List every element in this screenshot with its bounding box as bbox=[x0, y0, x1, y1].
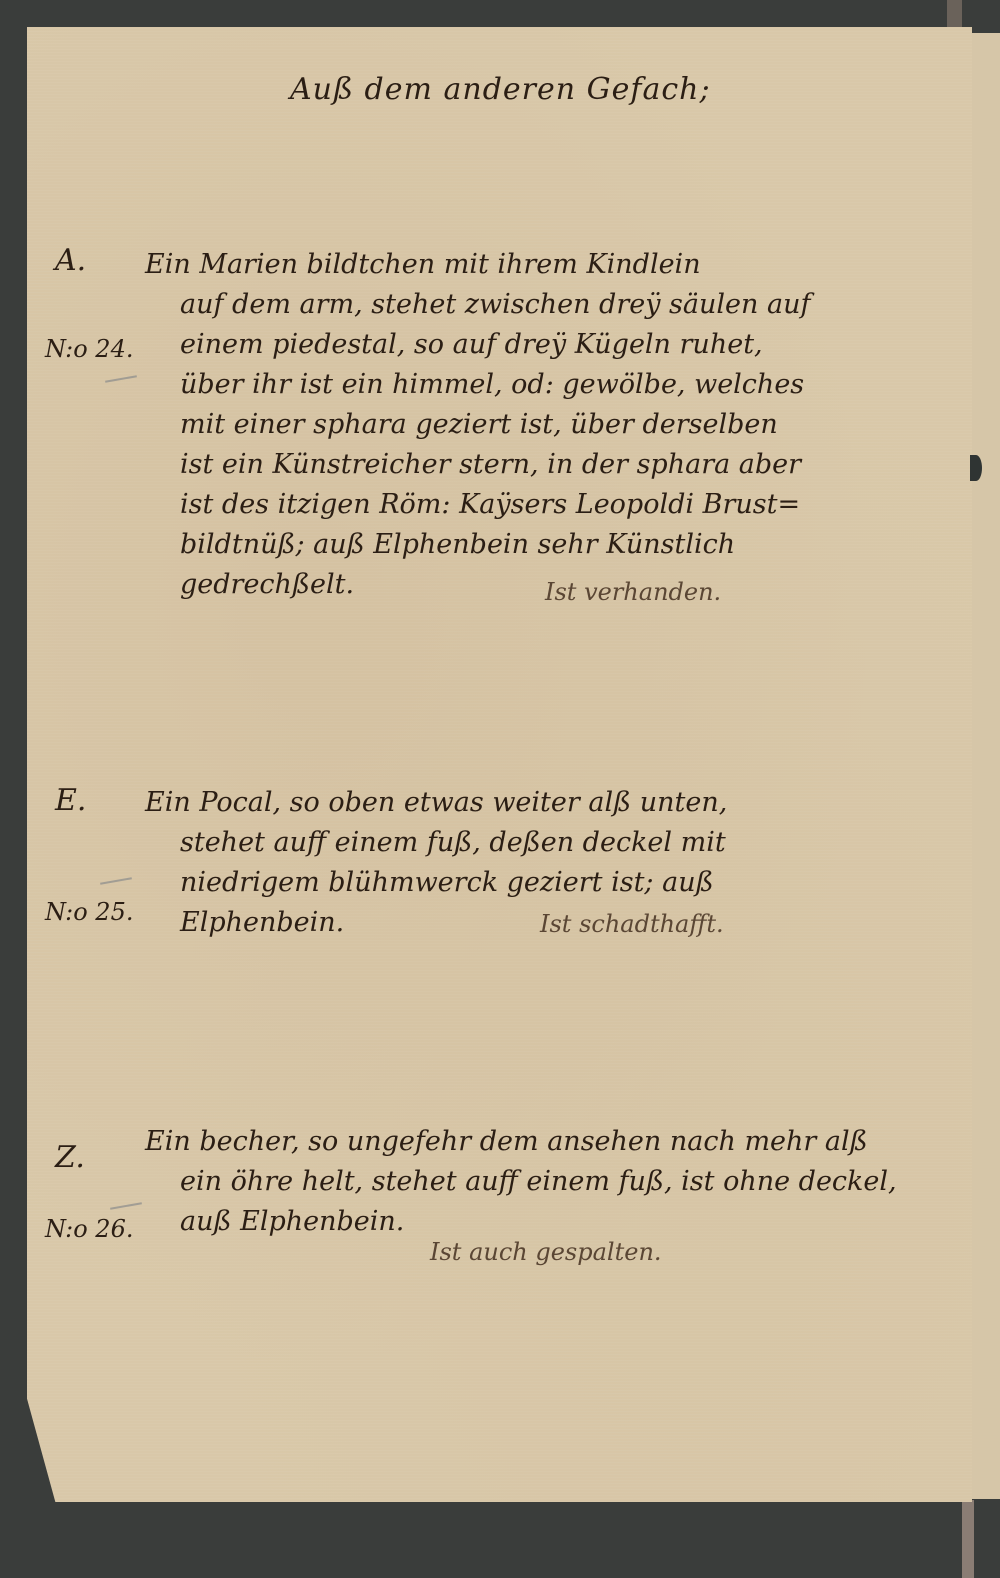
entry-description: Ein becher, so ungefehr dem ansehen nach… bbox=[145, 1122, 965, 1242]
status-remark: Ist verhanden. bbox=[545, 578, 721, 606]
page-heading: Auß dem anderen Gefach; bbox=[290, 72, 711, 107]
description-line: auf dem arm, stehet zwischen dreÿ säulen… bbox=[145, 285, 965, 325]
description-line: ist ein Künstreicher stern, in der sphar… bbox=[145, 445, 965, 485]
description-line: ein öhre helt, stehet auff einem fuß, is… bbox=[145, 1162, 965, 1202]
status-remark: Ist auch gespalten. bbox=[430, 1238, 662, 1266]
description-line: Ein Marien bildtchen mit ihrem Kindlein bbox=[145, 245, 965, 285]
description-line: niedrigem blühmwerck geziert ist; auß bbox=[145, 863, 965, 903]
description-line: mit einer sphara geziert ist, über derse… bbox=[145, 405, 965, 445]
entry-marker: Z. bbox=[55, 1140, 85, 1175]
status-remark: Ist schadthafft. bbox=[540, 910, 724, 938]
entry-marker: A. bbox=[55, 243, 86, 278]
description-line: Ein becher, so ungefehr dem ansehen nach… bbox=[145, 1122, 965, 1162]
binding-tab-bottom bbox=[962, 1500, 974, 1578]
ink-blot bbox=[970, 455, 982, 481]
entry-description: Ein Marien bildtchen mit ihrem Kindlein … bbox=[145, 245, 965, 605]
description-line: auß Elphenbein. bbox=[145, 1202, 965, 1242]
entry-number: N:o 25. bbox=[45, 898, 133, 926]
description-line: einem piedestal, so auf dreÿ Kügeln ruhe… bbox=[145, 325, 965, 365]
entry-marker: E. bbox=[55, 783, 86, 818]
entry-number: N:o 24. bbox=[45, 335, 133, 363]
description-line: ist des itzigen Röm: Kaÿsers Leopoldi Br… bbox=[145, 485, 965, 525]
entry-number: N:o 26. bbox=[45, 1215, 133, 1243]
description-line: über ihr ist ein himmel, od: gewölbe, we… bbox=[145, 365, 965, 405]
description-line: stehet auff einem fuß, deßen deckel mit bbox=[145, 823, 965, 863]
description-line: bildtnüß; auß Elphenbein sehr Künstlich bbox=[145, 525, 965, 565]
description-line: Ein Pocal, so oben etwas weiter alß unte… bbox=[145, 783, 965, 823]
